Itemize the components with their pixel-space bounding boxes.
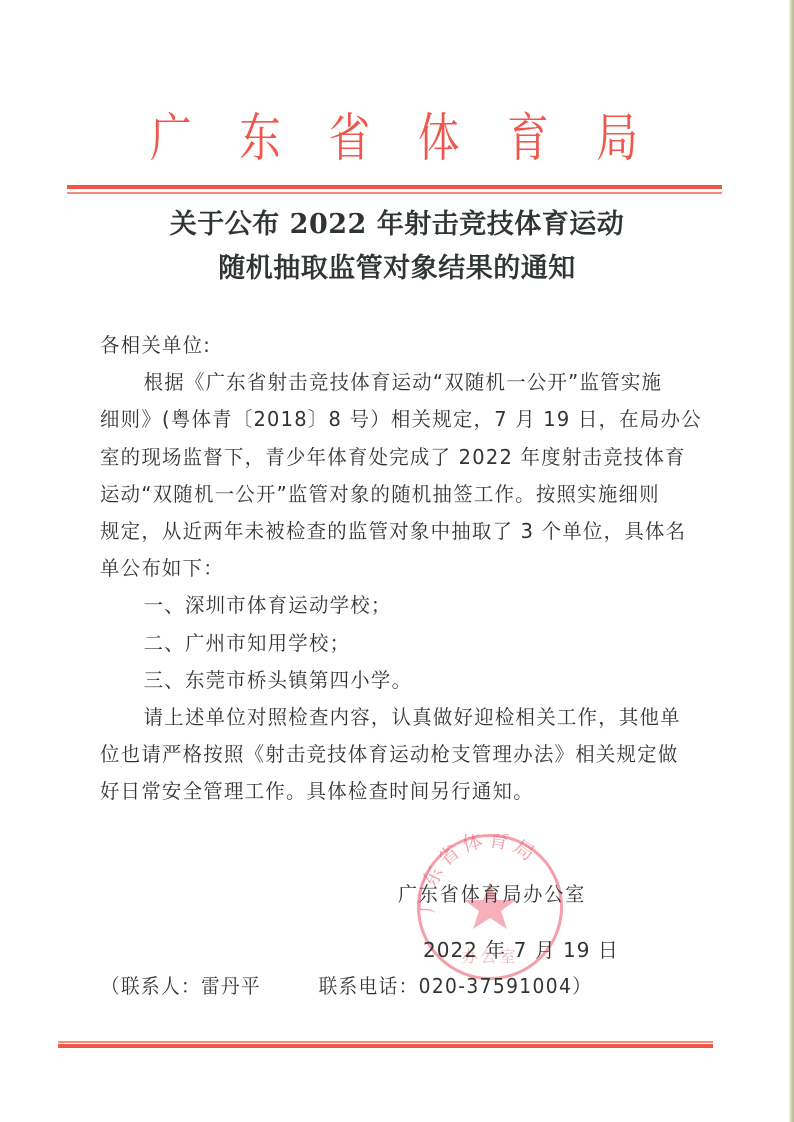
contact-info: （联系人：雷丹平联系电话：020-37591004） (101, 968, 678, 1005)
paragraph-2-line: 好日常安全管理工作。具体检查时间另行通知。 (100, 773, 682, 810)
contact-person: （联系人：雷丹平 (101, 974, 261, 998)
letterhead-rule-thick (67, 185, 722, 189)
letterhead-char: 局 (596, 104, 638, 174)
paragraph-2-line: 位也请严格按照《射击竞技体育运动枪支管理办法》相关规定做 (100, 736, 682, 773)
document-title: 关于公布 2022 年射击竞技体育运动 随机抽取监管对象结果的通知 (0, 203, 794, 291)
paragraph-1-line: 运动“双随机一公开”监管对象的随机抽签工作。按照实施细则 (100, 476, 682, 513)
title-line-1: 关于公布 2022 年射击竞技体育运动 (0, 203, 794, 247)
salutation: 各相关单位: (100, 327, 682, 364)
paragraph-1-line: 单公布如下： (100, 550, 682, 587)
selected-unit-item: 三、东莞市桥头镇第四小学。 (100, 662, 682, 699)
paragraph-1-line: 规定，从近两年未被检查的监管对象中抽取了 3 个单位，具体名 (100, 513, 682, 550)
letterhead-char: 育 (507, 104, 549, 174)
letterhead-char: 省 (329, 104, 371, 174)
letterhead-char: 广 (150, 104, 192, 174)
footer-rule-thin (58, 1041, 713, 1043)
footer-rule-thick (58, 1044, 713, 1048)
scan-edge-strip (789, 0, 794, 1122)
letterhead-char: 东 (239, 104, 281, 174)
issue-date: 2022 年 7 月 19 日 (423, 932, 619, 969)
paragraph-1-line: 根据《广东省射击竞技体育运动“双随机一公开”监管实施 (100, 364, 682, 401)
paragraph-1-line: 细则》(粤体青〔2018〕8 号）相关规定，7 月 19 日，在局办公 (100, 401, 682, 438)
issuer-signature: 广东省体育局办公室 (398, 876, 588, 913)
contact-phone: 联系电话：020-37591004） (319, 974, 593, 998)
letterhead-rule-thin (67, 192, 722, 194)
selected-unit-item: 二、广州市知用学校； (100, 625, 682, 662)
paragraph-1-line: 室的现场监督下，青少年体育处完成了 2022 年度射击竞技体育 (100, 439, 682, 476)
letterhead-char: 体 (418, 104, 460, 174)
document-body: 各相关单位: 根据《广东省射击竞技体育运动“双随机一公开”监管实施 细则》(粤体… (100, 327, 682, 810)
selected-unit-item: 一、深圳市体育运动学校； (100, 587, 682, 624)
title-line-2: 随机抽取监管对象结果的通知 (0, 247, 794, 291)
paragraph-2-line: 请上述单位对照检查内容，认真做好迎检相关工作，其他单 (100, 699, 682, 736)
letterhead-organization: 广 东 省 体 育 局 (150, 104, 638, 174)
